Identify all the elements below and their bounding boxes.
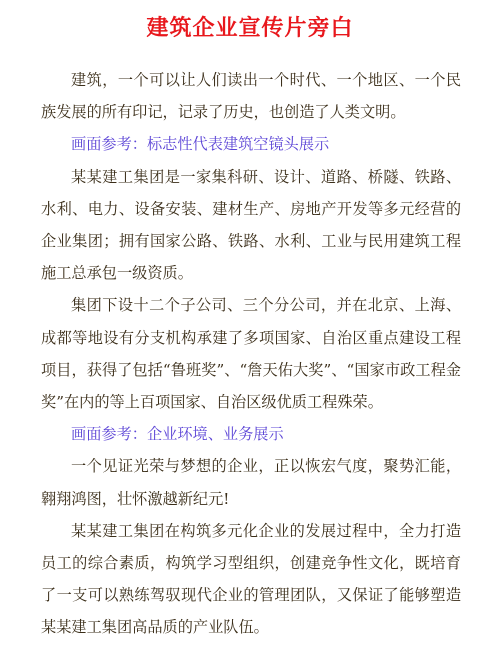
paragraph-intro: 建筑，一个可以让人们读出一个时代、一个地区、一个民族发展的所有印记，记录了历史，… <box>41 64 461 128</box>
paragraph-company-profile: 某某建工集团是一家集科研、设计、道路、桥隧、铁路、水利、电力、设备安装、建材生产… <box>41 161 461 290</box>
document-page: 建筑企业宣传片旁白 建筑，一个可以让人们读出一个时代、一个地区、一个民族发展的所… <box>0 0 500 651</box>
document-title: 建筑企业宣传片旁白 <box>0 14 500 44</box>
paragraph-vision: 一个见证光荣与梦想的企业，正以恢宏气度，聚势汇能，翱翔鸿图，壮怀激越新纪元! <box>41 450 461 514</box>
scene-note-environment: 画面参考：企业环境、业务展示 <box>41 418 461 450</box>
paragraph-subsidiaries-awards: 集团下设十二个子公司、三个分公司，并在北京、上海、成都等地设有分支机构承建了多项… <box>41 289 461 418</box>
paragraph-team: 某某建工集团在构筑多元化企业的发展过程中，全力打造员工的综合素质，构筑学习型组织… <box>41 515 461 644</box>
document-body: 建筑，一个可以让人们读出一个时代、一个地区、一个民族发展的所有印记，记录了历史，… <box>41 64 461 644</box>
scene-note-landmark: 画面参考：标志性代表建筑空镜头展示 <box>41 128 461 160</box>
